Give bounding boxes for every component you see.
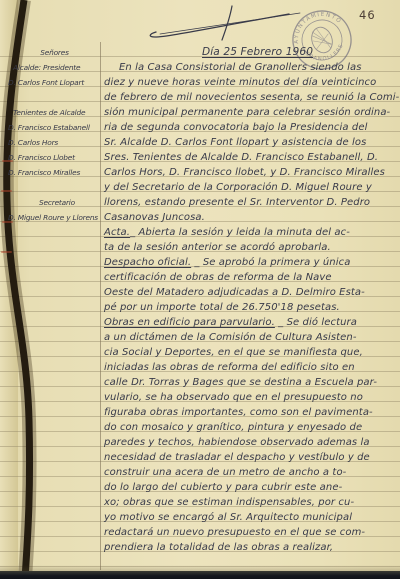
text-segment: Sr. Alcalde D. Carlos Font llopart y asi… xyxy=(104,137,366,148)
text-segment: calle Dr. Torras y Bages que se destina … xyxy=(104,377,377,388)
body-line: pé por un importe total de 26.750'18 pes… xyxy=(104,300,395,315)
text-segment: llorens, estando presente el Sr. Interve… xyxy=(104,197,370,208)
text-segment: En la Casa Consistorial de Granollers si… xyxy=(104,60,362,75)
attendee-name: D. Francisco Estabanell xyxy=(8,120,101,135)
text-segment: ta de la sesión anterior se acordó aprob… xyxy=(104,242,331,253)
body-line: Oeste del Matadero adjudicadas a D. Delm… xyxy=(104,285,395,300)
attendee-group: SecretarioD. Miguel Roure y Llorens xyxy=(8,195,101,225)
text-segment: iniciadas las obras de reforma del edifi… xyxy=(104,362,355,373)
text-segment: paredes y techos, habiendose observado a… xyxy=(104,437,370,448)
body-line: Casanovas Juncosa. xyxy=(104,210,395,225)
body-line: construir una acera de un metro de ancho… xyxy=(104,465,395,480)
attendee-group: Alcalde: PresidenteD. Carlos Font Llopar… xyxy=(8,60,101,90)
body-lines: En la Casa Consistorial de Granollers si… xyxy=(104,60,395,555)
text-segment: Sres. Tenientes de Alcalde D. Francisco … xyxy=(104,152,378,163)
body-line: ria de segunda convocatoria bajo la Pres… xyxy=(104,120,395,135)
text-segment: de febrero de mil novecientos sesenta, s… xyxy=(104,92,399,103)
manuscript-page: 46 AYUNTAMIENTO GRANOLLERS Señores Alcal… xyxy=(0,0,400,579)
attendee-name: D. Francisco Miralles xyxy=(8,165,101,180)
text-segment: xo; obras que se estiman indispensables,… xyxy=(104,497,354,508)
date-heading: Día 25 Febrero 1960 xyxy=(202,46,313,58)
body-line: a un dictámen de la Comisión de Cultura … xyxy=(104,330,395,345)
text-segment: Casanovas Juncosa. xyxy=(104,212,205,223)
attendee-role: Alcalde: Presidente xyxy=(8,60,101,75)
body-line: calle Dr. Torras y Bages que se destina … xyxy=(104,375,395,390)
attendee-role: Tenientes de Alcalde xyxy=(8,105,101,120)
body-line: do con mosaico y granítico, pintura y en… xyxy=(104,420,395,435)
text-segment: certificación de obras de reforma de la … xyxy=(104,272,332,283)
text-segment: y del Secretario de la Corporación D. Mi… xyxy=(104,182,372,193)
text-segment: sión municipal permanente para celebrar … xyxy=(104,107,390,118)
text-segment: _ Abierta la sesión y leida la minuta de… xyxy=(130,227,350,238)
body-text: Día 25 Febrero 1960 En la Casa Consistor… xyxy=(104,45,395,555)
body-line: Sr. Alcalde D. Carlos Font llopart y asi… xyxy=(104,135,395,150)
text-segment: _ Se dió lectura xyxy=(275,317,357,328)
attendee-name: D. Carlos Font Llopart xyxy=(8,75,101,90)
body-line: certificación de obras de reforma de la … xyxy=(104,270,395,285)
text-segment: necesidad de trasladar el despacho y ves… xyxy=(104,452,370,463)
body-line: redactará un nuevo presupuesto en el que… xyxy=(104,525,395,540)
body-line: diez y nueve horas veinte minutos del dí… xyxy=(104,75,395,90)
attendee-role: Secretario xyxy=(8,195,101,210)
body-line: Sres. Tenientes de Alcalde D. Francisco … xyxy=(104,150,395,165)
text-segment: yo motivo se encargó al Sr. Arquitecto m… xyxy=(104,512,352,523)
body-line: do lo largo del cubierto y para cubrir e… xyxy=(104,480,395,495)
scan-bottom-edge xyxy=(0,571,400,579)
attendee-name: D. Carlos Hors xyxy=(8,135,101,150)
section-heading-segment: Acta. xyxy=(104,227,130,238)
page-number: 46 xyxy=(359,8,376,22)
text-segment: do lo largo del cubierto y para cubrir e… xyxy=(104,482,342,493)
body-line: Despacho oficial. _ Se aprobó la primera… xyxy=(104,255,395,270)
body-line: paredes y techos, habiendose observado a… xyxy=(104,435,395,450)
body-line: yo motivo se encargó al Sr. Arquitecto m… xyxy=(104,510,395,525)
red-edge-mark xyxy=(1,251,12,253)
body-line: sión municipal permanente para celebrar … xyxy=(104,105,395,120)
date-heading-line: Día 25 Febrero 1960 xyxy=(104,45,395,60)
attendee-group: Tenientes de AlcaldeD. Francisco Estaban… xyxy=(8,105,101,180)
body-line: y del Secretario de la Corporación D. Mi… xyxy=(104,180,395,195)
signature-flourish xyxy=(146,3,304,43)
body-line: prendiera la totalidad de las obras a re… xyxy=(104,540,395,555)
body-line: llorens, estando presente el Sr. Interve… xyxy=(104,195,395,210)
body-line: Obras en edificio para parvulario. _ Se … xyxy=(104,315,395,330)
text-segment: cia Social y Deportes, en el que se mani… xyxy=(104,347,363,358)
body-line: Carlos Hors, D. Francisco llobet, y D. F… xyxy=(104,165,395,180)
body-line: En la Casa Consistorial de Granollers si… xyxy=(104,60,395,75)
section-heading-segment: Obras en edificio para parvulario. xyxy=(104,317,275,328)
attendees-groups: Alcalde: PresidenteD. Carlos Font Llopar… xyxy=(8,60,101,225)
text-segment: diez y nueve horas veinte minutos del dí… xyxy=(104,77,376,88)
text-segment: redactará un nuevo presupuesto en el que… xyxy=(104,527,365,538)
text-segment: figuraba obras importantes, como son el … xyxy=(104,407,373,418)
text-segment: Oeste del Matadero adjudicadas a D. Delm… xyxy=(104,287,365,298)
body-line: vulario, se ha observado que en el presu… xyxy=(104,390,395,405)
body-line: ta de la sesión anterior se acordó aprob… xyxy=(104,240,395,255)
body-line: xo; obras que se estiman indispensables,… xyxy=(104,495,395,510)
attendees-heading: Señores xyxy=(8,45,101,60)
attendee-name: D. Miguel Roure y Llorens xyxy=(8,210,101,225)
body-line: iniciadas las obras de reforma del edifi… xyxy=(104,360,395,375)
text-segment: _ Se aprobó la primera y única xyxy=(191,257,350,268)
attendees-margin: Señores Alcalde: PresidenteD. Carlos Fon… xyxy=(8,45,101,240)
text-segment: ria de segunda convocatoria bajo la Pres… xyxy=(104,122,367,133)
text-segment: construir una acera de un metro de ancho… xyxy=(104,467,346,478)
body-line: Acta._ Abierta la sesión y leida la minu… xyxy=(104,225,395,240)
text-segment: vulario, se ha observado que en el presu… xyxy=(104,392,363,403)
text-segment: Carlos Hors, D. Francisco llobet, y D. F… xyxy=(104,167,385,178)
attendee-name: D. Francisco Llobet xyxy=(8,150,101,165)
text-segment: do con mosaico y granítico, pintura y en… xyxy=(104,422,362,433)
body-line: figuraba obras importantes, como son el … xyxy=(104,405,395,420)
text-segment: a un dictámen de la Comisión de Cultura … xyxy=(104,332,357,343)
section-heading-segment: Despacho oficial. xyxy=(104,257,191,268)
body-line: necesidad de trasladar el despacho y ves… xyxy=(104,450,395,465)
body-line: de febrero de mil novecientos sesenta, s… xyxy=(104,90,395,105)
text-segment: prendiera la totalidad de las obras a re… xyxy=(104,542,333,553)
text-segment: pé por un importe total de 26.750'18 pes… xyxy=(104,302,340,313)
body-line: cia Social y Deportes, en el que se mani… xyxy=(104,345,395,360)
